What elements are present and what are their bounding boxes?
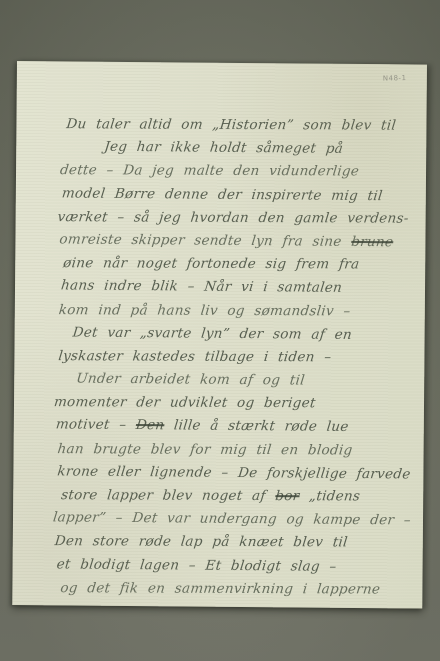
manuscript-line: momenter der udviklet og beriget — [53, 391, 408, 416]
struck-word: Den — [135, 417, 165, 433]
manuscript-line: omreiste skipper sendte lyn fra sine bru… — [58, 228, 409, 254]
manuscript-line: krone eller lignende – De forskjellige f… — [56, 460, 407, 486]
manuscript-line: Under arbeidet kom af og til — [75, 368, 408, 394]
manuscript-line: et blodigt lagen – Et blodigt slag – — [55, 553, 406, 579]
manuscript-line: Det var „svarte lyn” der som af en — [71, 321, 408, 347]
manuscript-line: store lapper blev noget af bor „tidens — [60, 484, 407, 509]
manuscript-text: Du taler altid om „Historien” som blev t… — [52, 112, 408, 602]
struck-word: bor — [274, 488, 300, 504]
manuscript-line: kom ind på hans liv og sømandsliv – — [57, 299, 408, 324]
manuscript-line: værket – så jeg hvordan den gamle verden… — [56, 206, 409, 231]
archival-number: N48-1 — [383, 74, 407, 83]
manuscript-line: lyskaster kastedes tilbage i tiden – — [57, 345, 408, 370]
manuscript-page: N48-1 Du taler altid om „Historien” som … — [12, 61, 427, 609]
manuscript-line: Jeg har ikke holdt såmeget på — [103, 136, 410, 162]
photo-backdrop: N48-1 Du taler altid om „Historien” som … — [0, 0, 440, 661]
struck-word: brune — [350, 234, 394, 250]
manuscript-line: og det fik en sammenvirkning i lapperne — [59, 577, 406, 602]
manuscript-line: han brugte blev for mig til en blodig — [56, 438, 407, 463]
manuscript-line: Du taler altid om „Historien” som blev t… — [65, 113, 410, 138]
manuscript-line: hans indre blik – Når vi i samtalen — [60, 275, 409, 301]
manuscript-line: motivet – Den lille å stærkt røde lue — [55, 414, 408, 440]
manuscript-line: dette – Da jeg malte den vidunderlige — [59, 160, 410, 185]
manuscript-line: Den store røde lap på knæet blev til — [53, 530, 406, 555]
manuscript-line: model Børre denne der inspirerte mig til — [61, 182, 410, 208]
manuscript-line: lapper” – Det var undergang og kampe der… — [52, 507, 407, 533]
manuscript-line: øine når noget fortonede sig frem fra — [62, 252, 409, 277]
